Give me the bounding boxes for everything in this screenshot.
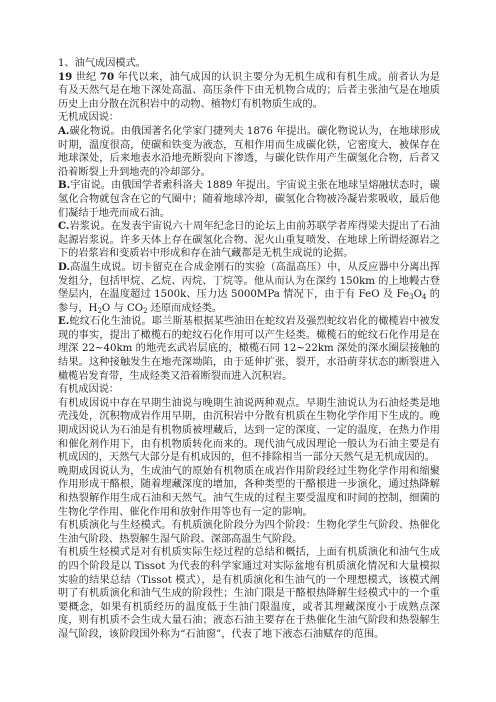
organic-paragraph-hydrocarbon-model: 有机质生烃模式是对有机质实际生烃过程的总结和概括，上面有机质演化和油气生成的四个… bbox=[58, 546, 440, 641]
organic-paragraph-early-late: 有机成因说中存在早期生油说与晚期生油说两种观点。早期生油说认为石油烃类是地壳浅处… bbox=[58, 397, 440, 465]
inorganic-item-b: B.宇宙说。由俄国学者索科洛夫 1889 年提出。宇宙说主张在地球呈熔融状态时，… bbox=[58, 179, 440, 220]
document-page: 1、油气成因模式。 19 世纪 70 年代以来，油气成因的认识主要分为无机生成和… bbox=[58, 57, 440, 642]
intro-paragraph: 19 世纪 70 年代以来，油气成因的认识主要分为无机生成和有机生成。前者认为是… bbox=[58, 71, 440, 112]
organic-paragraph-late-theory: 晚期成因说认为，生成油气的原始有机物质在成岩作用阶段经过生物化学作用和缩聚作用形… bbox=[58, 465, 440, 519]
section-heading: 1、油气成因模式。 bbox=[58, 57, 440, 71]
inorganic-heading: 无机成因说： bbox=[58, 111, 440, 125]
inorganic-item-e: E.蛇纹石化生油说。耶兰斯基根据某些油田在蛇纹岩及强烈蛇纹岩化的橄榄岩中被发现的… bbox=[58, 315, 440, 383]
intro-decade: 70 bbox=[100, 71, 114, 83]
inorganic-item-d: D.高温生成说。切卡留克在合成金刚石的实验（高温高压）中，从反应器中分离出挥发组… bbox=[58, 261, 440, 315]
organic-paragraph-evolution-stages: 有机质演化与生烃模式。有机质演化阶段分为四个阶段：生物化学生气阶段、热催化生油气… bbox=[58, 519, 440, 546]
inorganic-item-a: A.碳化物说。由俄国著名化学家门捷列夫 1876 年提出。碳化物说认为，在地球形… bbox=[58, 125, 440, 179]
organic-heading: 有机成因说： bbox=[58, 383, 440, 397]
intro-century: 19 bbox=[58, 71, 72, 83]
inorganic-item-c: C.岩浆说。在发表宇宙说六十周年纪念日的论坛上由前苏联学者库得梁夫提出了石油起源… bbox=[58, 220, 440, 261]
